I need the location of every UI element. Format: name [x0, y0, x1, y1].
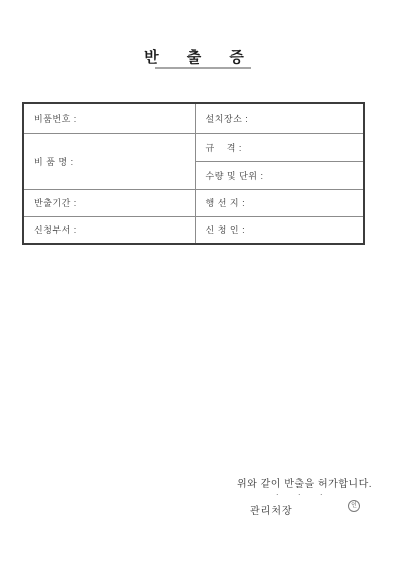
page-title: 반 출 증 — [0, 46, 400, 67]
field-destination: 행 선 지 : — [195, 189, 364, 216]
seal-mark-icon: 인 — [348, 500, 360, 512]
table-row: 비 품 명 : 규 격 : — [23, 133, 364, 161]
table-row: 반출기간 : 행 선 지 : — [23, 189, 364, 216]
approver-title: 관리처장 — [250, 502, 293, 517]
field-install-location: 설치장소 : — [195, 103, 364, 133]
document-page: 반 출 증 비품번호 : 설치장소 : 비 품 명 : 규 격 : 수량 및 단… — [0, 0, 400, 566]
field-carryout-period: 반출기간 : — [23, 189, 195, 216]
field-applicant: 신 청 인 : — [195, 216, 364, 244]
field-spec: 규 격 : — [195, 133, 364, 161]
field-item-number: 비품번호 : — [23, 103, 195, 133]
title-underline — [155, 67, 251, 69]
table-row: 신청부서 : 신 청 인 : — [23, 216, 364, 244]
field-quantity-unit: 수량 및 단위 : — [195, 161, 364, 189]
table-row: 비품번호 : 설치장소 : — [23, 103, 364, 133]
form-table: 비품번호 : 설치장소 : 비 품 명 : 규 격 : 수량 및 단위 : 반출… — [22, 102, 365, 245]
date-placeholder: . . . — [276, 487, 323, 497]
field-request-dept: 신청부서 : — [23, 216, 195, 244]
field-item-name: 비 품 명 : — [23, 133, 195, 189]
